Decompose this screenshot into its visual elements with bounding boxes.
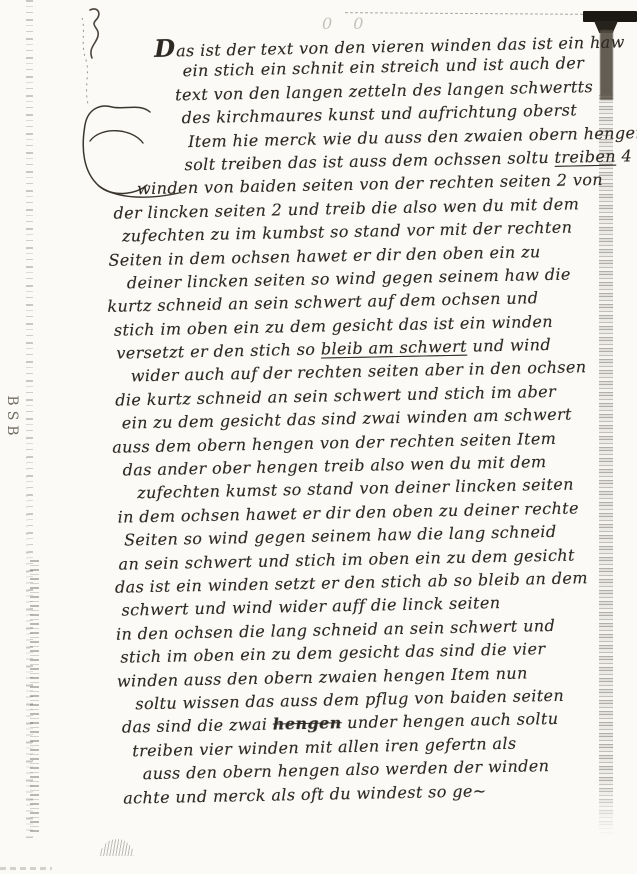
manuscript-text-block: Das ist der text von den vieren winden d… <box>96 27 636 809</box>
top-right-corner-mark <box>583 11 637 22</box>
manuscript-scan-page: BSB 0 0 Das ist der text von den vieren … <box>0 0 637 874</box>
left-fold-crease-lower <box>30 560 39 835</box>
line-text: 4 <box>616 146 632 165</box>
underlined-word: bleib am schwert <box>321 337 468 359</box>
line-text: versetzt er den stich so <box>116 340 321 363</box>
line-text: und wind <box>467 335 551 356</box>
underlined-word: treiben <box>554 147 616 167</box>
struck-word: hengen <box>273 714 342 734</box>
line-text: under hengen auch soltu <box>341 709 558 732</box>
library-stamp-bsb: BSB <box>4 394 20 442</box>
bottom-left-smudge <box>100 839 134 856</box>
bleedthrough-mark: 0 0 <box>322 14 371 33</box>
top-edge-faint-line <box>345 12 588 15</box>
bottom-edge-mark <box>0 867 52 870</box>
line-text: das sind die zwai <box>122 715 273 737</box>
